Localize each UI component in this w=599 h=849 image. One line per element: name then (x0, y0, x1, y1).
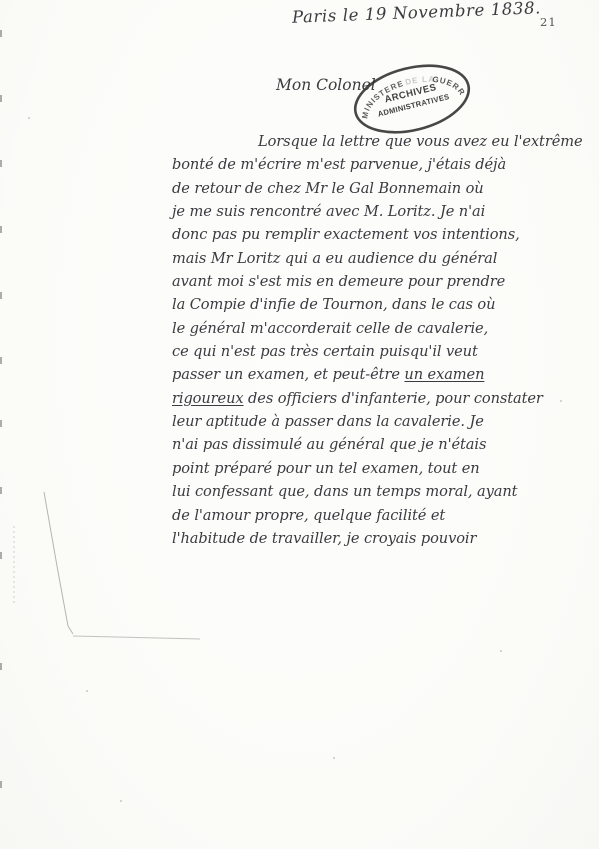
line-post: des officiers d'infanterie, pour constat… (244, 390, 543, 407)
scan-edge-artifact (0, 226, 2, 233)
letter-line: lui confessant que, dans un temps moral,… (172, 480, 557, 503)
paper-crease-marks (0, 478, 220, 653)
letter-line: passer un examen, et peut-être un examen (172, 363, 557, 386)
line-pre: lui confessant que, dans un temps moral,… (172, 483, 517, 500)
line-pre: avant moi s'est mis en demeure pour pren… (172, 273, 505, 290)
paper-speckle (500, 650, 502, 652)
letter-line: mais Mr Loritz qui a eu audience du géné… (172, 247, 557, 270)
paper-speckle (86, 690, 88, 692)
line-pre: ce qui n'est pas très certain puisqu'il … (172, 343, 478, 360)
scan-edge-artifact (0, 663, 2, 670)
letter-line: donc pas pu remplir exactement vos inten… (172, 223, 557, 246)
letter-line: l'habitude de travailler, je croyais pou… (172, 527, 557, 550)
line-pre: je me suis rencontré avec M. Loritz. Je … (172, 203, 485, 220)
letter-line: leur aptitude à passer dans la cavalerie… (172, 410, 557, 433)
line-pre: la Compie d'infie de Tournon, dans le ca… (172, 296, 495, 313)
line-pre: bonté de m'écrire m'est parvenue, j'étai… (172, 156, 506, 173)
letter-line: je me suis rencontré avec M. Loritz. Je … (172, 200, 557, 223)
line-pre: n'ai pas dissimulé au général que je n'é… (172, 436, 486, 453)
letter-line: de l'amour propre, quelque facilité et (172, 504, 557, 527)
line-pre: mais Mr Loritz qui a eu audience du géné… (172, 250, 497, 267)
paper-speckle (120, 800, 122, 802)
letter-line: la Compie d'infie de Tournon, dans le ca… (172, 293, 557, 316)
line-pre: passer un examen, et peut-être (172, 366, 404, 383)
paper-speckle (333, 757, 335, 759)
scanned-letter-page: Paris le 19 Novembre 1838. 21 Mon Colone… (0, 0, 599, 849)
line-pre: de retour de chez Mr le Gal Bonnemain où (172, 180, 484, 197)
line-pre: le général m'accorderait celle de cavale… (172, 320, 488, 337)
scan-edge-artifact (0, 357, 2, 364)
letter-line: avant moi s'est mis en demeure pour pren… (172, 270, 557, 293)
paper-speckle (560, 400, 562, 402)
line-pre: point préparé pour un tel examen, tout e… (172, 460, 480, 477)
letter-line: le général m'accorderait celle de cavale… (172, 317, 557, 340)
line-pre: Lorsque la lettre que vous avez eu l'ext… (258, 133, 583, 150)
line-pre: donc pas pu remplir exactement vos inten… (172, 226, 520, 243)
letter-line: Lorsque la lettre que vous avez eu l'ext… (172, 130, 557, 153)
page-number: 21 (540, 15, 557, 29)
scan-edge-artifact (0, 781, 2, 788)
scan-edge-artifact (0, 420, 2, 427)
line-underlined: un examen (404, 366, 484, 383)
scan-edge-artifact (0, 292, 2, 299)
letter-line: n'ai pas dissimulé au général que je n'é… (172, 433, 557, 456)
letter-line: de retour de chez Mr le Gal Bonnemain où (172, 177, 557, 200)
scan-edge-artifact (0, 552, 2, 559)
letter-body: Lorsque la lettre que vous avez eu l'ext… (172, 130, 557, 550)
scan-edge-artifact (0, 95, 2, 102)
dateline: Paris le 19 Novembre 1838. (292, 0, 542, 27)
paper-speckle (28, 117, 30, 119)
letter-line: point préparé pour un tel examen, tout e… (172, 457, 557, 480)
scan-edge-artifact (0, 487, 2, 494)
letter-line: bonté de m'écrire m'est parvenue, j'étai… (172, 153, 557, 176)
letter-line: rigoureux des officiers d'infanterie, po… (172, 387, 557, 410)
letter-line: ce qui n'est pas très certain puisqu'il … (172, 340, 557, 363)
line-pre: leur aptitude à passer dans la cavalerie… (172, 413, 484, 430)
scan-edge-artifact (0, 30, 2, 37)
scan-edge-artifact (0, 160, 2, 167)
line-underlined: rigoureux (172, 390, 244, 407)
